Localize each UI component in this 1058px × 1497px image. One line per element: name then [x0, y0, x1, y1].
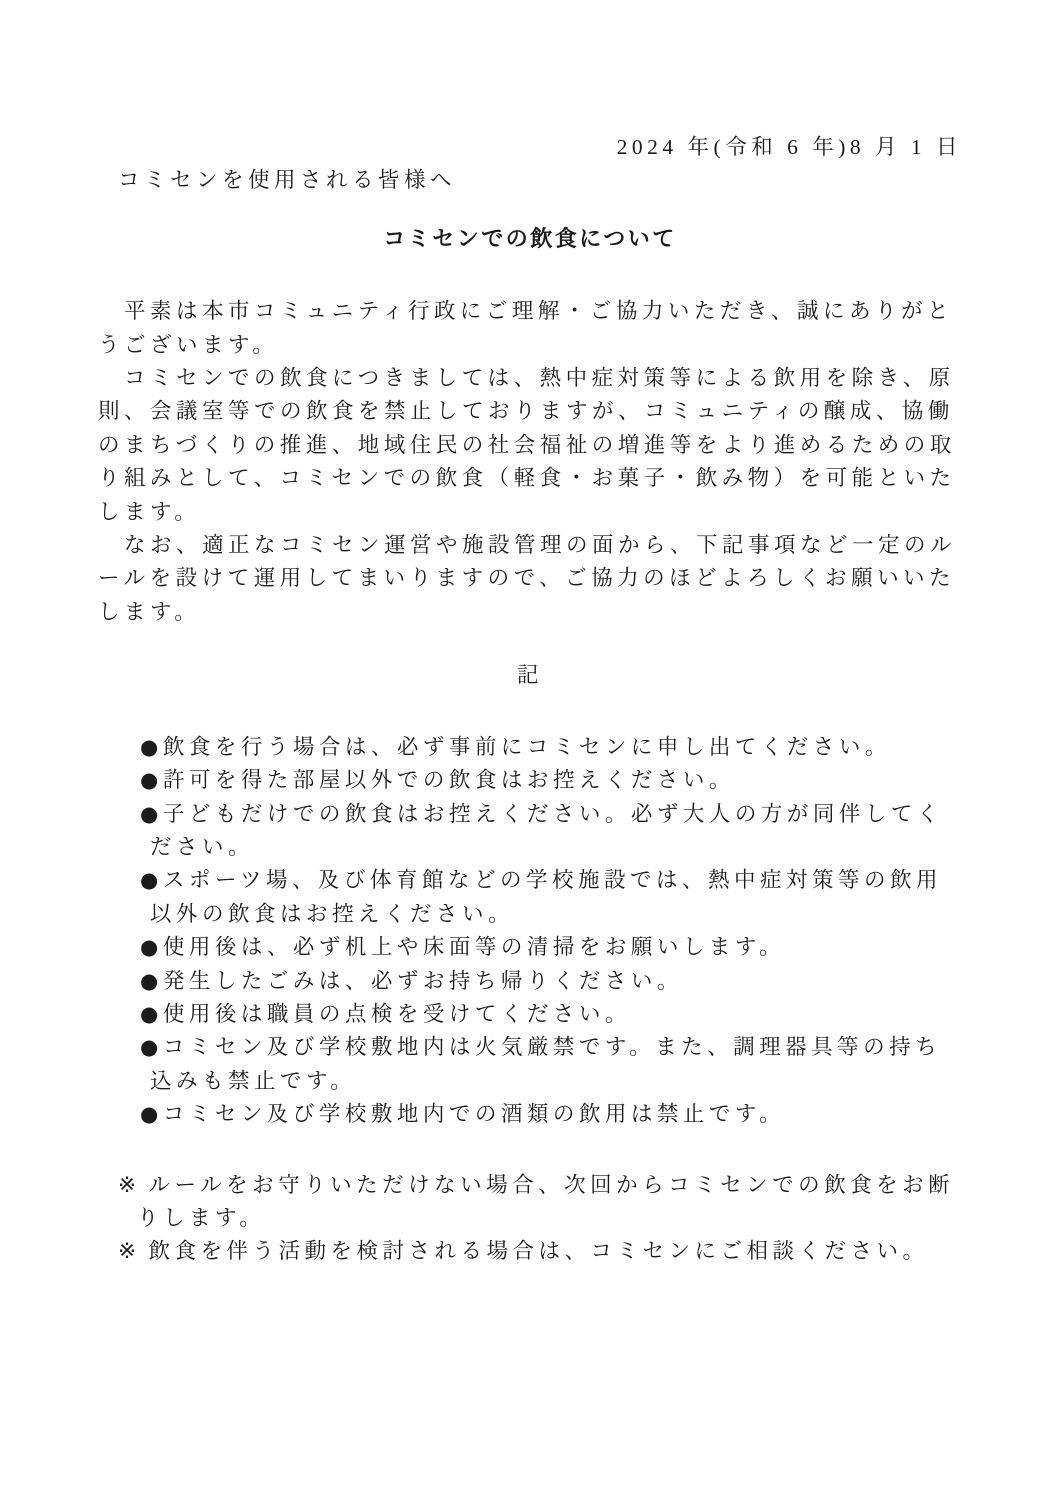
bullet-icon: ● [140, 768, 163, 792]
rule-text: 許可を得た部屋以外での飲食はお控えください。 [163, 768, 735, 792]
rule-item: ●使用後は、必ず机上や床面等の清掃をお願いします。 [98, 931, 962, 964]
bullet-icon: ● [140, 969, 163, 993]
rule-text: 子どもだけでの飲食はお控えください。必ず大人の方が同伴してください。 [150, 802, 943, 859]
paragraph-policy: コミセンでの飲食につきましては、熱中症対策等による飲用を除き、原則、会議室等での… [98, 362, 962, 529]
rule-item: ●許可を得た部屋以外での飲食はお控えください。 [98, 764, 962, 797]
document-title: コミセンでの飲食について [98, 222, 962, 255]
rule-item: ●飲食を行う場合は、必ず事前にコミセンに申し出てください。 [98, 731, 962, 764]
rule-text: 発生したごみは、必ずお持ち帰りください。 [163, 969, 683, 993]
rule-text: コミセン及び学校敷地内での酒類の飲用は禁止です。 [163, 1102, 785, 1126]
body-paragraphs: 平素は本市コミュニティ行政にご理解・ご協力いただき、誠にありがとうございます。 … [98, 295, 962, 629]
paragraph-rules-intro: なお、適正なコミセン運営や施設管理の面から、下記事項など一定のルールを設けて運用… [98, 529, 962, 629]
note-text: ルールをお守りいただけない場合、次回からコミセンでの飲食をお断りします。 [137, 1173, 954, 1230]
bullet-icon: ● [140, 935, 163, 959]
recipient-line: コミセンを使用される皆様へ [98, 164, 962, 197]
rule-item: ●スポーツ場、及び体育館などの学校施設では、熱中症対策等の飲用以外の飲食はお控え… [98, 864, 962, 931]
rule-item: ●使用後は職員の点検を受けてください。 [98, 998, 962, 1031]
bullet-icon: ● [140, 1035, 163, 1059]
bullet-icon: ● [140, 802, 163, 826]
rule-item: ●コミセン及び学校敷地内での酒類の飲用は禁止です。 [98, 1098, 962, 1131]
note-marker-icon: ※ [118, 1239, 141, 1263]
bullet-icon: ● [140, 1002, 163, 1026]
rule-text: 使用後は職員の点検を受けてください。 [163, 1002, 631, 1026]
rule-item: ●発生したごみは、必ずお持ち帰りください。 [98, 965, 962, 998]
note-text: 飲食を伴う活動を検討される場合は、コミセンにご相談ください。 [149, 1239, 929, 1263]
rule-item: ●コミセン及び学校敷地内は火気厳禁です。また、調理器具等の持ち込みも禁止です。 [98, 1031, 962, 1098]
rule-text: 飲食を行う場合は、必ず事前にコミセンに申し出てください。 [163, 735, 891, 759]
section-marker-ki: 記 [98, 659, 962, 692]
paragraph-greeting: 平素は本市コミュニティ行政にご理解・ご協力いただき、誠にありがとうございます。 [98, 295, 962, 362]
rule-text: 使用後は、必ず机上や床面等の清掃をお願いします。 [163, 935, 785, 959]
notes-list: ※ルールをお守りいただけない場合、次回からコミセンでの飲食をお断りします。 ※飲… [98, 1169, 962, 1269]
rule-text: コミセン及び学校敷地内は火気厳禁です。また、調理器具等の持ち込みも禁止です。 [150, 1035, 941, 1092]
bullet-icon: ● [140, 868, 163, 892]
document-date: 2024 年(令和 6 年)8 月 1 日 [98, 131, 962, 164]
rule-text: スポーツ場、及び体育館などの学校施設では、熱中症対策等の飲用以外の飲食はお控えく… [150, 868, 942, 925]
rules-list: ●飲食を行う場合は、必ず事前にコミセンに申し出てください。 ●許可を得た部屋以外… [98, 731, 962, 1132]
bullet-icon: ● [140, 1102, 163, 1126]
rule-item: ●子どもだけでの飲食はお控えください。必ず大人の方が同伴してください。 [98, 798, 962, 865]
bullet-icon: ● [140, 735, 163, 759]
note-marker-icon: ※ [118, 1173, 141, 1197]
note-item: ※飲食を伴う活動を検討される場合は、コミセンにご相談ください。 [98, 1235, 962, 1268]
document-page: 2024 年(令和 6 年)8 月 1 日 コミセンを使用される皆様へ コミセン… [0, 0, 1058, 1497]
note-item: ※ルールをお守りいただけない場合、次回からコミセンでの飲食をお断りします。 [98, 1169, 962, 1236]
